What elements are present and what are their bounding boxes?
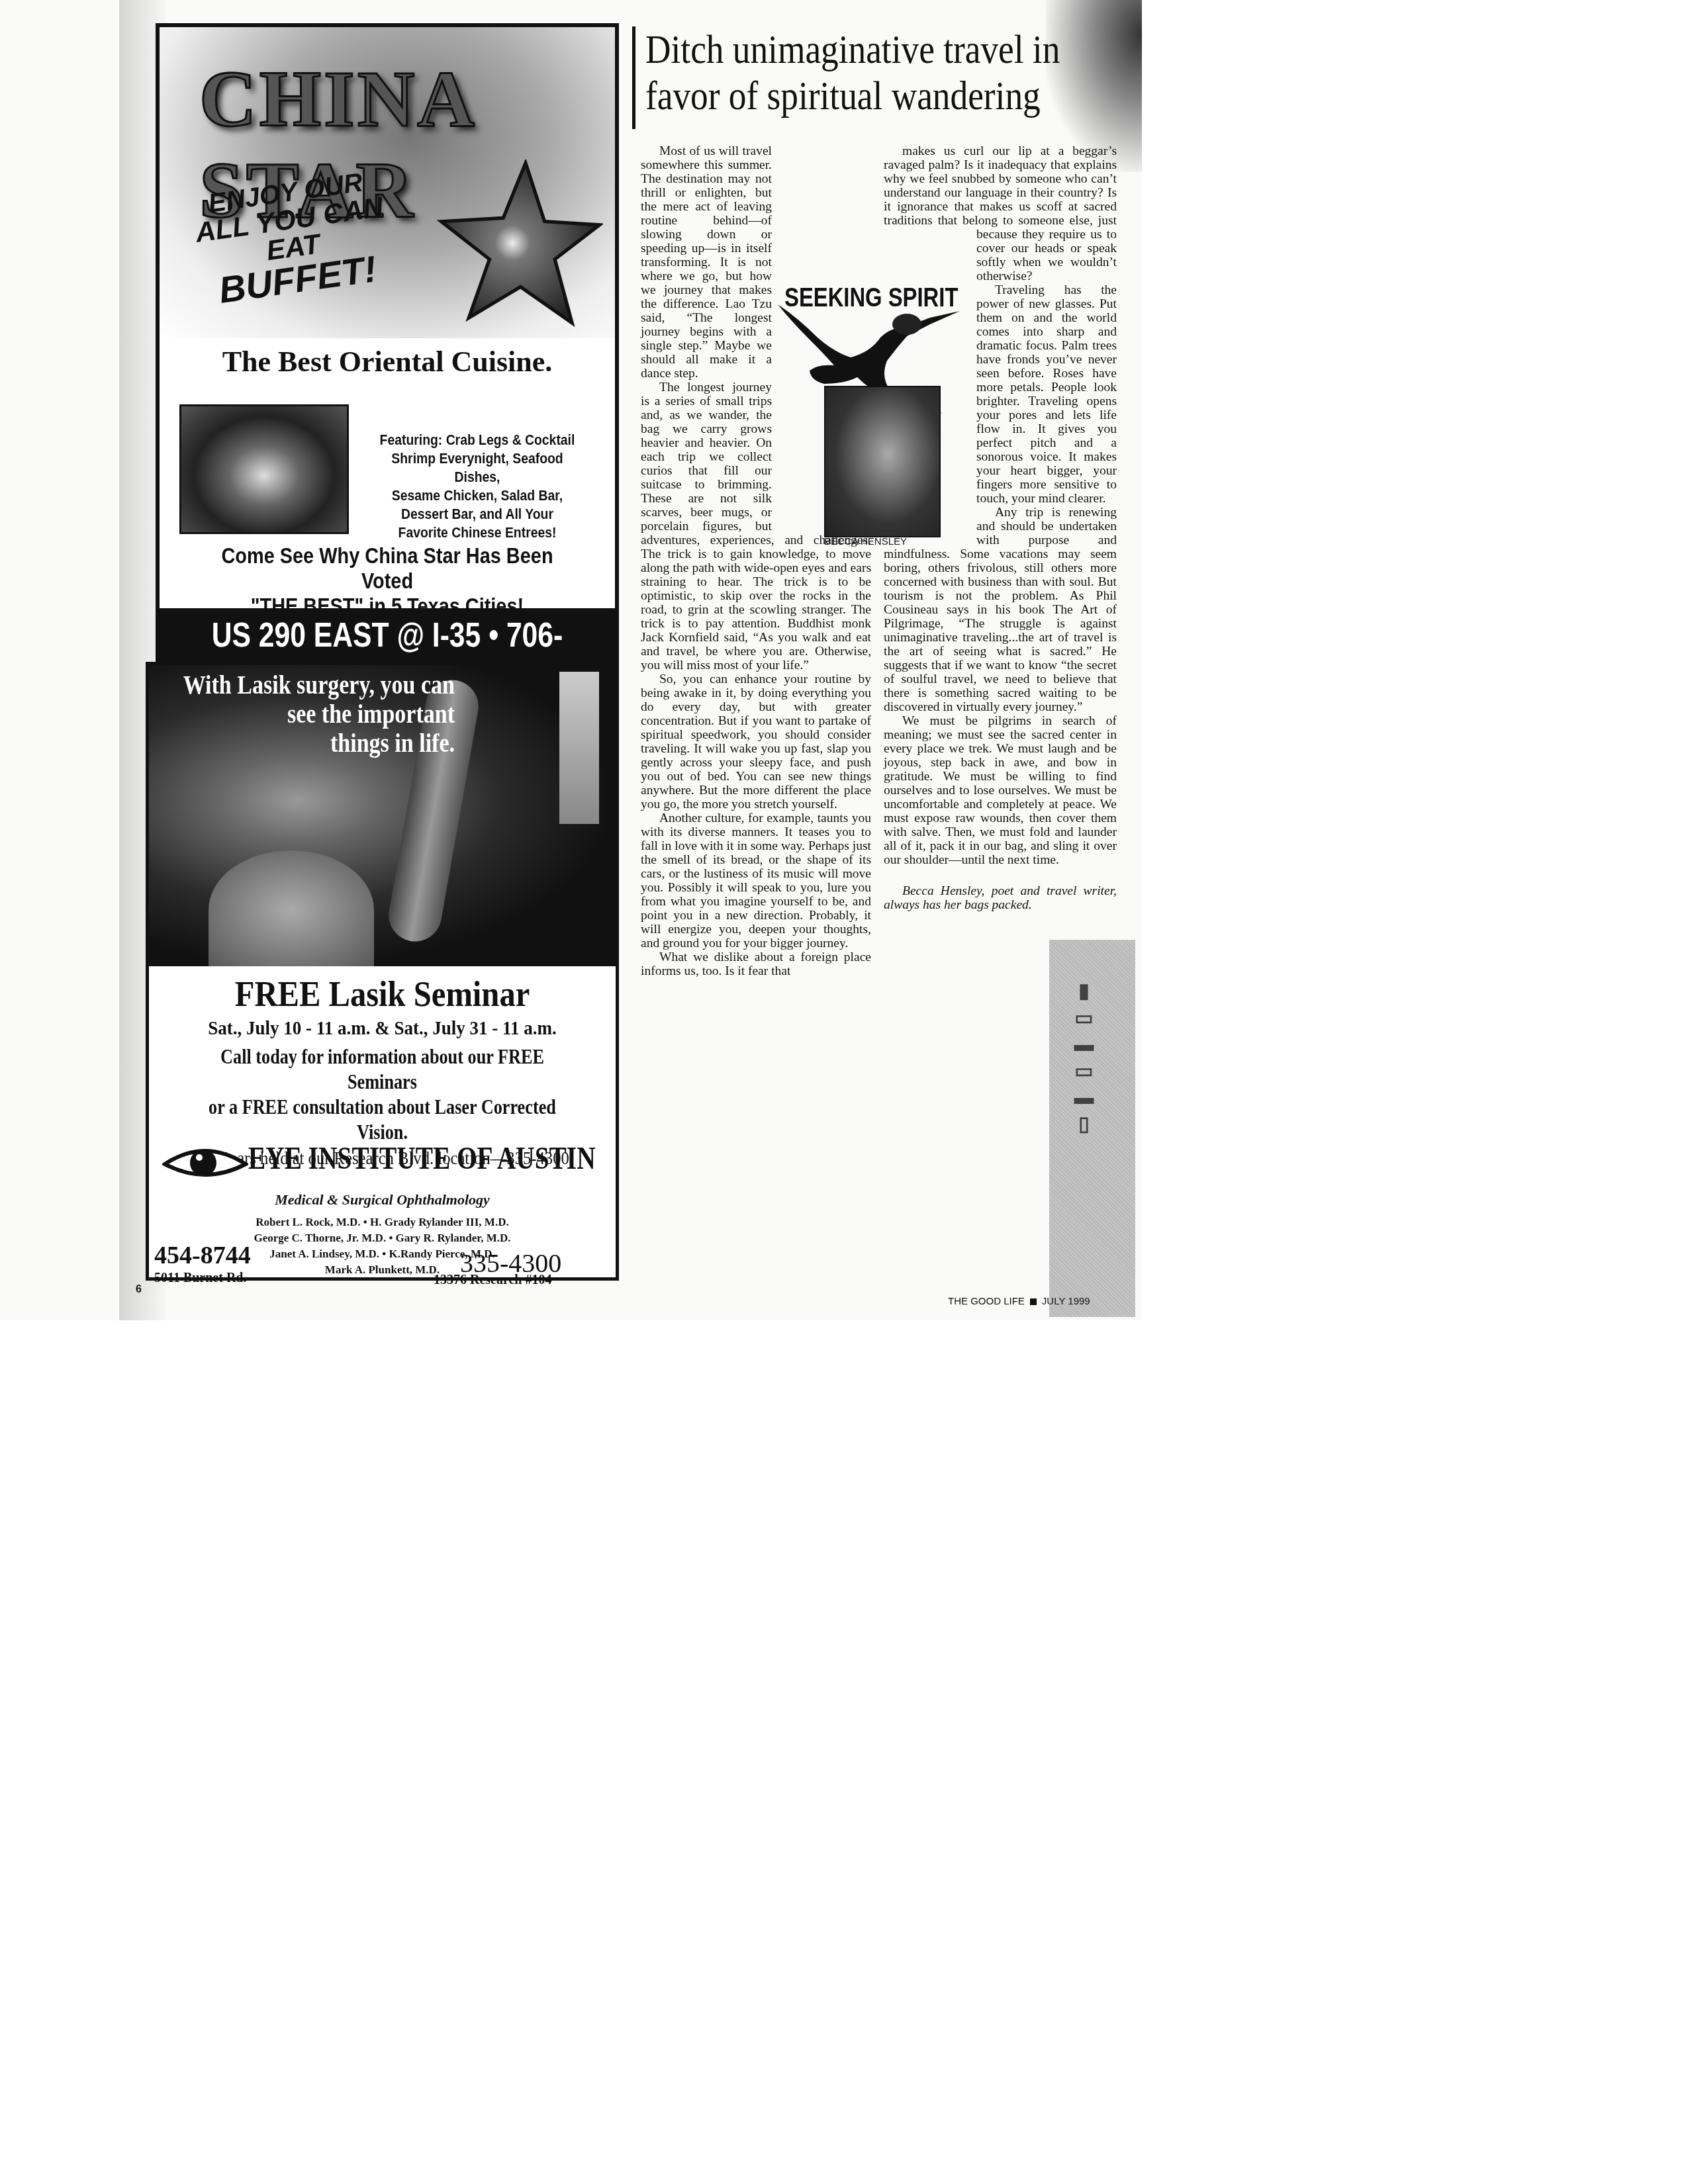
article-headline: Ditch unimaginative travel in favor of s… (645, 26, 1066, 119)
lasik-ad-photo: With Lasik surgery, you can see the impo… (149, 665, 616, 966)
author-bio: Becca Hensley, poet and travel writer, a… (884, 884, 1117, 912)
headline-line: Ditch unimaginative travel in (645, 26, 1066, 73)
feature-line: Dessert Bar, and All Your (369, 505, 585, 523)
eye-institute-ad: With Lasik surgery, you can see the impo… (146, 662, 619, 1281)
star-icon (431, 159, 603, 332)
scan-artifact-glyphs: ▮▭▬▭▬▯ (1072, 979, 1096, 1140)
feature-line: Favorite Chinese Entrees! (369, 523, 585, 542)
paragraph: Another culture, for example, taunts you… (641, 811, 871, 950)
address-research: 13376 Research #104 (434, 1273, 552, 1288)
headline-rule (632, 26, 635, 129)
lasik-headline: With Lasik surgery, you can see the impo… (162, 670, 455, 758)
paragraph: So, you can enhance your routine by bein… (641, 672, 871, 811)
publication-name: THE GOOD LIFE (948, 1296, 1025, 1307)
cta-line: or a FREE consultation about Laser Corre… (191, 1094, 573, 1144)
china-star-tagline: The Best Oriental Cuisine. (160, 345, 615, 379)
lasik-ad-body: FREE Lasik Seminar Sat., July 10 - 11 a.… (149, 970, 616, 1169)
paragraph: What we dislike about a foreign place in… (641, 950, 871, 978)
issue-date: JULY 1999 (1042, 1296, 1090, 1307)
china-star-location-bar: US 290 EAST @ I-35 • 706-4545 (156, 608, 619, 662)
doctor-line: Robert L. Rock, M.D. • H. Grady Rylander… (149, 1214, 616, 1230)
feature-line: Featuring: Crab Legs & Cocktail (369, 431, 585, 449)
eye-icon (162, 1144, 248, 1181)
specialty: Medical & Surgical Ophthalmology (149, 1191, 616, 1208)
page-number: 6 (136, 1284, 142, 1296)
paragraph: We must be pilgrims in search of meaning… (884, 714, 1117, 867)
cta-line: Call today for information about our FRE… (191, 1044, 573, 1094)
scanned-page: ▮▭▬▭▬▯ CHINA STAR ENJOY OUR ALL YOU CAN … (0, 0, 1142, 1320)
phone-burnet: 454-8744 (154, 1241, 251, 1270)
headline-line: things in life. (162, 729, 455, 758)
square-bullet-icon (1030, 1298, 1037, 1305)
china-star-ad: CHINA STAR ENJOY OUR ALL YOU CAN EAT BUF… (156, 23, 619, 625)
buffet-dish-photo (179, 404, 349, 534)
headline-line: see the important (162, 700, 455, 729)
seminar-title: FREE Lasik Seminar (172, 974, 592, 1015)
brand-name: EYE INSTITUTE OF AUSTIN (248, 1140, 596, 1177)
headline-line: favor of spiritual wandering (645, 73, 1066, 119)
voted-best-text: Come See Why China Star Has Been Voted "… (194, 543, 581, 619)
eye-institute-brand: EYE INSTITUTE OF AUSTIN (162, 1140, 612, 1187)
voted-line: Come See Why China Star Has Been Voted (194, 543, 581, 594)
article-column-1: Most of us will travel somewhere this su… (641, 144, 871, 978)
seminar-dates: Sat., July 10 - 11 a.m. & Sat., July 31 … (172, 1017, 592, 1040)
photo-person (209, 850, 374, 966)
china-star-hero-image: CHINA STAR ENJOY OUR ALL YOU CAN EAT BUF… (160, 27, 615, 338)
photo-caption: BECCA HENSLEY (824, 536, 907, 547)
headline-line: With Lasik surgery, you can (162, 670, 455, 700)
address-burnet: 5011 Burnet Rd. (154, 1271, 246, 1286)
author-photo (824, 386, 941, 537)
feature-line: Sesame Chicken, Salad Bar, (369, 486, 585, 505)
feature-line: Shrimp Everynight, Seafood Dishes, (369, 449, 585, 486)
seminar-cta: Call today for information about our FRE… (191, 1044, 573, 1144)
buffet-features: Featuring: Crab Legs & Cocktail Shrimp E… (369, 431, 585, 542)
publication-footer: THE GOOD LIFEJULY 1999 (948, 1296, 1090, 1307)
photo-window (559, 672, 599, 824)
